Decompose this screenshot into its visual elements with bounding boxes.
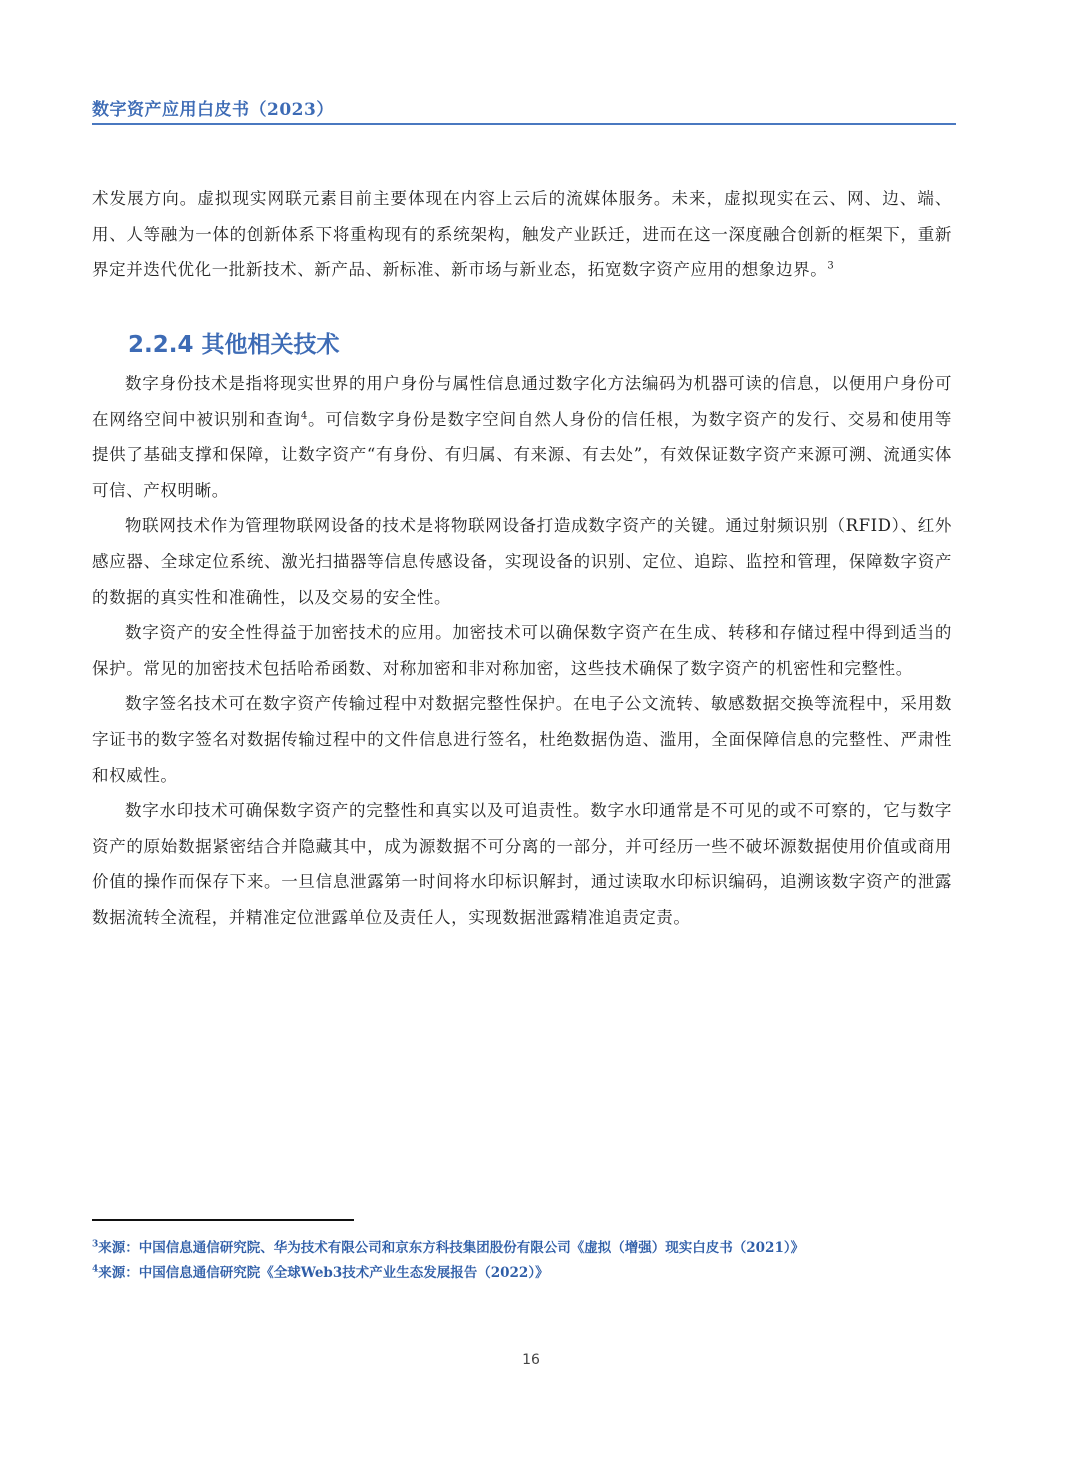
document-title: 数字资产应用白皮书（2023） <box>92 95 334 120</box>
paragraph-iot: 物联网技术作为管理物联网设备的技术是将物联网设备打造成数字资产的关键。通过射频识… <box>92 508 952 615</box>
continuation-paragraph: 术发展方向。虚拟现实网联元素目前主要体现在内容上云后的流媒体服务。未来，虚拟现实… <box>92 181 952 288</box>
header-divider <box>92 123 956 125</box>
footnote-ref[interactable]: 3 <box>827 261 834 272</box>
paragraph-encryption: 数字资产的安全性得益于加密技术的应用。加密技术可以确保数字资产在生成、转移和存储… <box>92 615 952 686</box>
page-number: 16 <box>0 1352 1062 1368</box>
paragraph-digital-signature: 数字签名技术可在数字资产传输过程中对数据完整性保护。在电子公文流转、敏感数据交换… <box>92 686 952 793</box>
paragraph-digital-watermark: 数字水印技术可确保数字资产的完整性和真实以及可追责性。数字水印通常是不可见的或不… <box>92 793 952 935</box>
section-heading: 2.2.4 其他相关技术 <box>128 326 340 359</box>
paragraph: 术发展方向。虚拟现实网联元素目前主要体现在内容上云后的流媒体服务。未来，虚拟现实… <box>92 181 952 288</box>
footnote-divider <box>92 1219 354 1221</box>
section-body: 数字身份技术是指将现实世界的用户身份与属性信息通过数字化方法编码为机器可读的信息… <box>92 366 952 936</box>
footnotes: 3来源：中国信息通信研究院、华为技术有限公司和京东方科技集团股份有限公司《虚拟（… <box>92 1236 962 1286</box>
paragraph-digital-identity: 数字身份技术是指将现实世界的用户身份与属性信息通过数字化方法编码为机器可读的信息… <box>92 366 952 508</box>
footnote-text: 来源：中国信息通信研究院《全球Web3技术产业生态发展报告（2022）》 <box>98 1265 548 1281</box>
footnote-item: 4来源：中国信息通信研究院《全球Web3技术产业生态发展报告（2022）》 <box>92 1261 962 1286</box>
footnote-ref[interactable]: 4 <box>301 410 308 421</box>
paragraph-text: 术发展方向。虚拟现实网联元素目前主要体现在内容上云后的流媒体服务。未来，虚拟现实… <box>92 189 952 279</box>
footnote-item: 3来源：中国信息通信研究院、华为技术有限公司和京东方科技集团股份有限公司《虚拟（… <box>92 1236 962 1261</box>
footnote-text: 来源：中国信息通信研究院、华为技术有限公司和京东方科技集团股份有限公司《虚拟（增… <box>98 1240 804 1256</box>
